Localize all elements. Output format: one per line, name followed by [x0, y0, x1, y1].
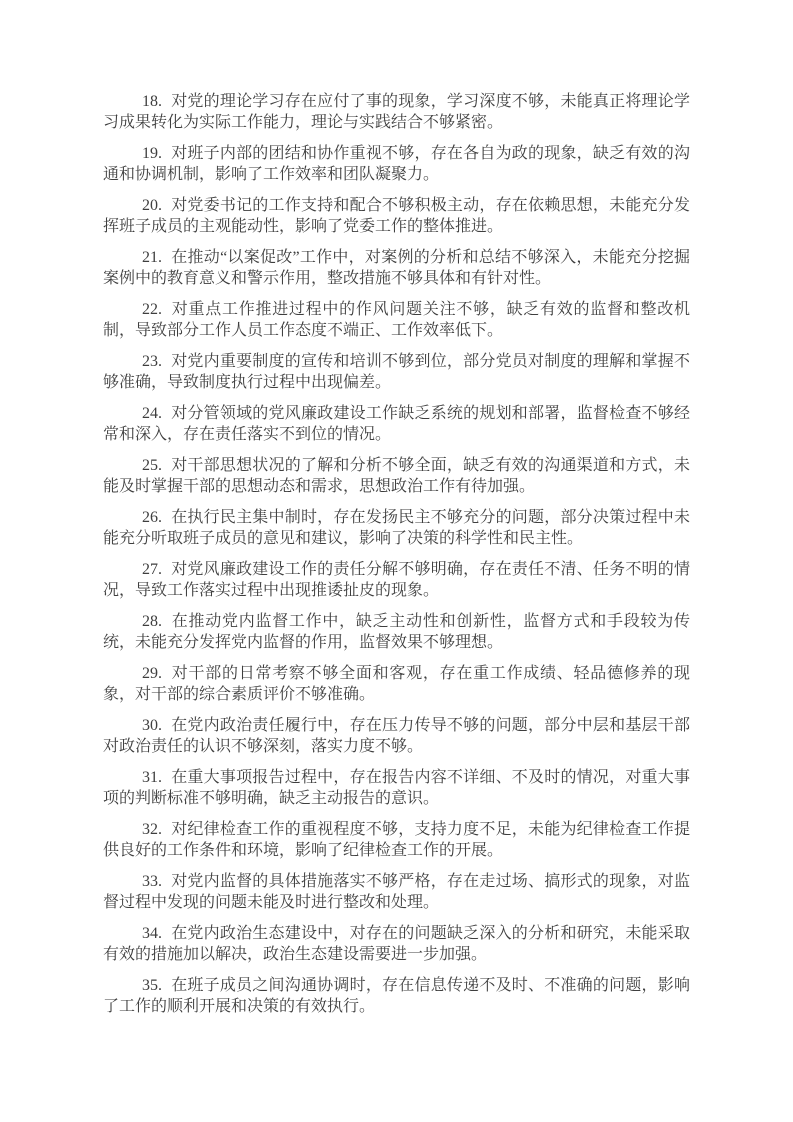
- paragraph-29: 29.对干部的日常考察不够全面和客观，存在重工作成绩、轻品德修养的现象，对干部的…: [103, 663, 690, 705]
- paragraph-number: 27.: [142, 561, 162, 578]
- paragraph-number: 24.: [142, 405, 162, 422]
- paragraph-32: 32.对纪律检查工作的重视程度不够，支持力度不足，未能为纪律检查工作提供良好的工…: [103, 819, 690, 861]
- paragraph-text: 对党的理论学习存在应付了事的现象，学习深度不够，未能真正将理论学习成果转化为实际…: [103, 93, 690, 131]
- paragraph-number: 30.: [142, 717, 162, 734]
- paragraph-text: 在重大事项报告过程中，存在报告内容不详细、不及时的情况，对重大事项的判断标准不够…: [103, 769, 690, 807]
- paragraph-text: 对班子内部的团结和协作重视不够，存在各自为政的现象，缺乏有效的沟通和协调机制，影…: [103, 145, 690, 183]
- paragraph-number: 35.: [142, 977, 162, 994]
- document-page: 18.对党的理论学习存在应付了事的现象，学习深度不够，未能真正将理论学习成果转化…: [0, 0, 793, 1122]
- paragraph-text: 对党风廉政建设工作的责任分解不够明确，存在责任不清、任务不明的情况，导致工作落实…: [103, 561, 690, 599]
- paragraph-text: 对党内监督的具体措施落实不够严格，存在走过场、搞形式的现象，对监督过程中发现的问…: [103, 873, 690, 911]
- paragraph-24: 24.对分管领域的党风廉政建设工作缺乏系统的规划和部署，监督检查不够经常和深入，…: [103, 403, 690, 445]
- paragraph-text: 在推动“以案促改”工作中，对案例的分析和总结不够深入，未能充分挖掘案例中的教育意…: [103, 249, 690, 287]
- paragraph-text: 对纪律检查工作的重视程度不够，支持力度不足，未能为纪律检查工作提供良好的工作条件…: [103, 821, 690, 859]
- paragraph-number: 18.: [142, 93, 162, 110]
- paragraph-26: 26.在执行民主集中制时，存在发扬民主不够充分的问题，部分决策过程中未能充分听取…: [103, 507, 690, 549]
- paragraph-28: 28.在推动党内监督工作中，缺乏主动性和创新性，监督方式和手段较为传统，未能充分…: [103, 611, 690, 653]
- paragraph-number: 33.: [142, 873, 162, 890]
- paragraph-number: 19.: [142, 145, 162, 162]
- paragraph-31: 31.在重大事项报告过程中，存在报告内容不详细、不及时的情况，对重大事项的判断标…: [103, 767, 690, 809]
- paragraph-number: 21.: [142, 249, 162, 266]
- paragraph-text: 对党委书记的工作支持和配合不够积极主动，存在依赖思想，未能充分发挥班子成员的主观…: [103, 197, 690, 235]
- paragraph-number: 28.: [142, 613, 162, 630]
- paragraph-33: 33.对党内监督的具体措施落实不够严格，存在走过场、搞形式的现象，对监督过程中发…: [103, 871, 690, 913]
- paragraph-text: 在执行民主集中制时，存在发扬民主不够充分的问题，部分决策过程中未能充分听取班子成…: [103, 509, 690, 547]
- paragraph-text: 对干部思想状况的了解和分析不够全面，缺乏有效的沟通渠道和方式，未能及时掌握干部的…: [103, 457, 690, 495]
- paragraph-text: 在党内政治生态建设中，对存在的问题缺乏深入的分析和研究，未能采取有效的措施加以解…: [103, 925, 690, 963]
- paragraph-22: 22.对重点工作推进过程中的作风问题关注不够，缺乏有效的监督和整改机制，导致部分…: [103, 299, 690, 341]
- paragraph-21: 21.在推动“以案促改”工作中，对案例的分析和总结不够深入，未能充分挖掘案例中的…: [103, 247, 690, 289]
- paragraph-number: 29.: [142, 665, 162, 682]
- paragraph-text: 在班子成员之间沟通协调时，存在信息传递不及时、不准确的问题，影响了工作的顺利开展…: [103, 977, 690, 1015]
- paragraph-number: 22.: [142, 301, 162, 318]
- paragraph-number: 23.: [142, 353, 162, 370]
- paragraph-text: 在党内政治责任履行中，存在压力传导不够的问题，部分中层和基层干部对政治责任的认识…: [103, 717, 690, 755]
- paragraph-text: 对分管领域的党风廉政建设工作缺乏系统的规划和部署，监督检查不够经常和深入，存在责…: [103, 405, 690, 443]
- paragraph-text: 在推动党内监督工作中，缺乏主动性和创新性，监督方式和手段较为传统，未能充分发挥党…: [103, 613, 690, 651]
- paragraph-text: 对重点工作推进过程中的作风问题关注不够，缺乏有效的监督和整改机制，导致部分工作人…: [103, 301, 690, 339]
- paragraph-25: 25.对干部思想状况的了解和分析不够全面，缺乏有效的沟通渠道和方式，未能及时掌握…: [103, 455, 690, 497]
- paragraph-23: 23.对党内重要制度的宣传和培训不够到位，部分党员对制度的理解和掌握不够准确，导…: [103, 351, 690, 393]
- paragraph-number: 20.: [142, 197, 162, 214]
- paragraph-27: 27.对党风廉政建设工作的责任分解不够明确，存在责任不清、任务不明的情况，导致工…: [103, 559, 690, 601]
- paragraph-34: 34.在党内政治生态建设中，对存在的问题缺乏深入的分析和研究，未能采取有效的措施…: [103, 923, 690, 965]
- paragraph-number: 25.: [142, 457, 162, 474]
- paragraph-18: 18.对党的理论学习存在应付了事的现象，学习深度不够，未能真正将理论学习成果转化…: [103, 91, 690, 133]
- paragraph-number: 26.: [142, 509, 162, 526]
- paragraph-number: 34.: [142, 925, 162, 942]
- paragraph-30: 30.在党内政治责任履行中，存在压力传导不够的问题，部分中层和基层干部对政治责任…: [103, 715, 690, 757]
- paragraph-text: 对干部的日常考察不够全面和客观，存在重工作成绩、轻品德修养的现象，对干部的综合素…: [103, 665, 690, 703]
- paragraph-19: 19.对班子内部的团结和协作重视不够，存在各自为政的现象，缺乏有效的沟通和协调机…: [103, 143, 690, 185]
- paragraph-number: 31.: [142, 769, 162, 786]
- paragraph-number: 32.: [142, 821, 162, 838]
- paragraph-20: 20.对党委书记的工作支持和配合不够积极主动，存在依赖思想，未能充分发挥班子成员…: [103, 195, 690, 237]
- paragraph-text: 对党内重要制度的宣传和培训不够到位，部分党员对制度的理解和掌握不够准确，导致制度…: [103, 353, 690, 391]
- paragraph-35: 35.在班子成员之间沟通协调时，存在信息传递不及时、不准确的问题，影响了工作的顺…: [103, 975, 690, 1017]
